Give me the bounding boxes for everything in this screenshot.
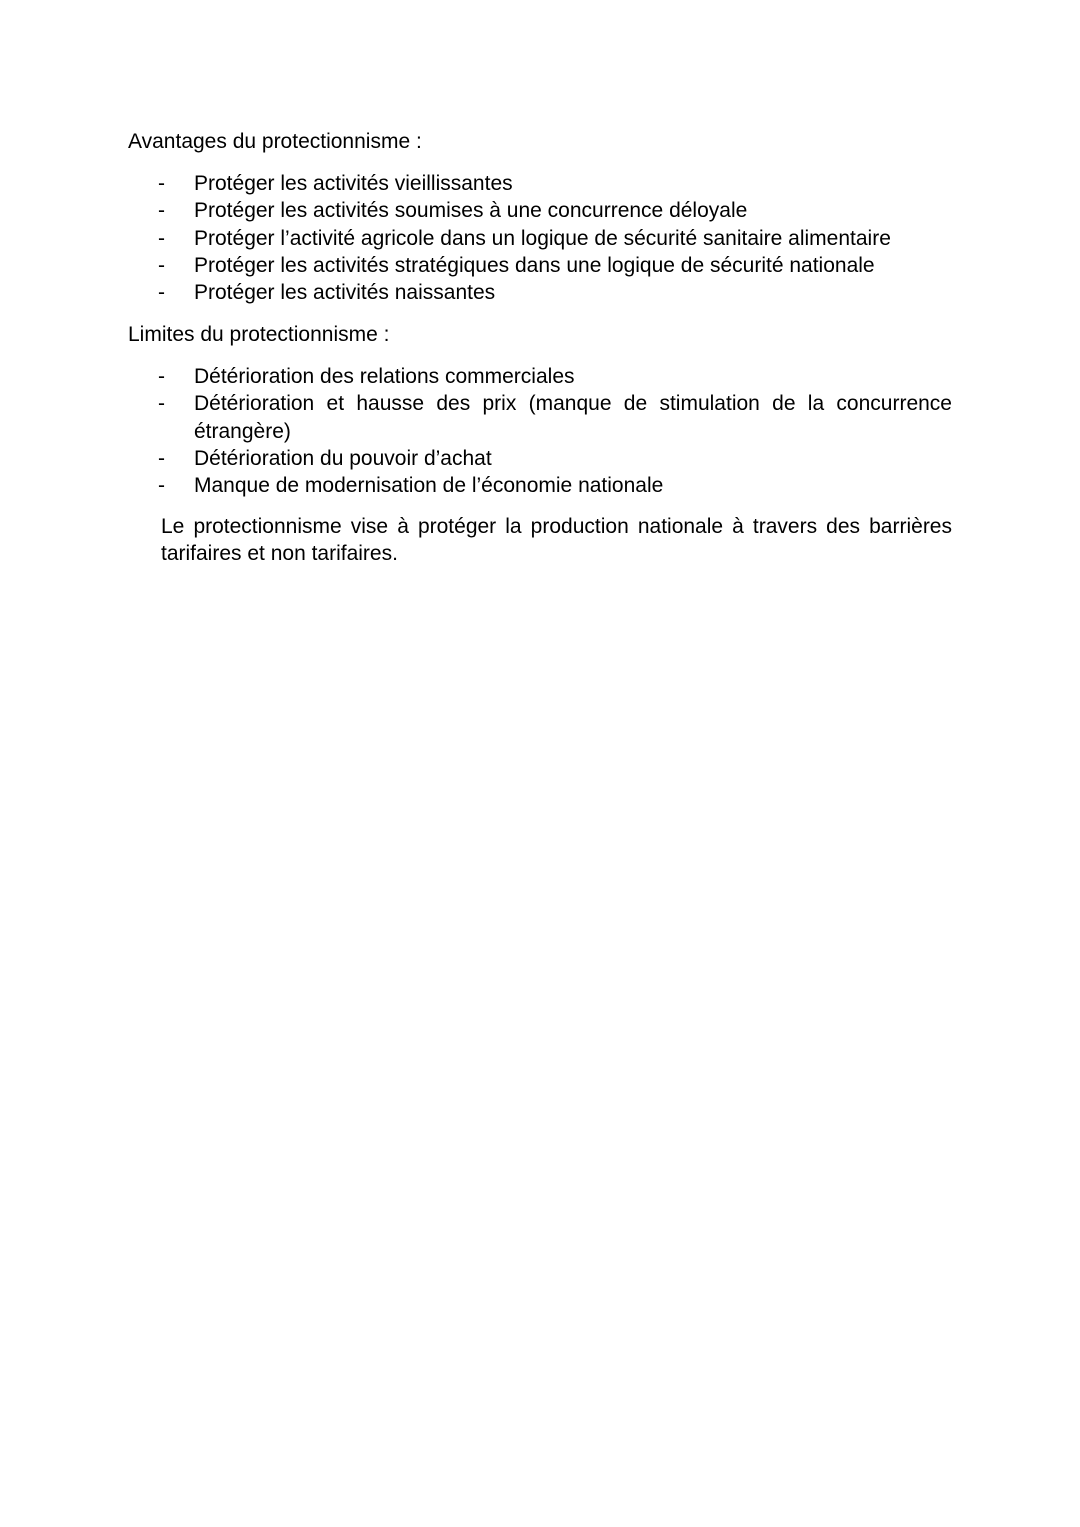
list-item: -Protéger les activités stratégiques dan… <box>128 252 952 279</box>
limits-heading: Limites du protectionnisme : <box>128 321 389 348</box>
conclusion-paragraph: Le protectionnisme vise à protéger la pr… <box>161 513 952 568</box>
list-item: -Protéger les activités naissantes <box>128 279 952 306</box>
list-item: -Manque de modernisation de l’économie n… <box>128 472 952 499</box>
bullet-dash: - <box>158 225 165 252</box>
bullet-dash: - <box>158 445 165 472</box>
list-item: -Détérioration des relations commerciale… <box>128 363 952 390</box>
bullet-dash: - <box>158 472 165 499</box>
list-item: -Protéger les activités vieillissantes <box>128 170 952 197</box>
advantages-heading: Avantages du protectionnisme : <box>128 128 422 155</box>
advantages-list: -Protéger les activités vieillissantes -… <box>128 170 952 306</box>
document-page: Avantages du protectionnisme : -Protéger… <box>0 0 1080 1527</box>
bullet-dash: - <box>158 390 165 417</box>
list-item: -Détérioration du pouvoir d’achat <box>128 445 952 472</box>
list-item: -Détérioration et hausse des prix (manqu… <box>128 390 952 445</box>
limits-list: -Détérioration des relations commerciale… <box>128 363 952 499</box>
list-item: -Protéger l’activité agricole dans un lo… <box>128 225 952 252</box>
bullet-dash: - <box>158 252 165 279</box>
bullet-dash: - <box>158 170 165 197</box>
bullet-dash: - <box>158 197 165 224</box>
list-item: -Protéger les activités soumises à une c… <box>128 197 952 224</box>
bullet-dash: - <box>158 279 165 306</box>
bullet-dash: - <box>158 363 165 390</box>
